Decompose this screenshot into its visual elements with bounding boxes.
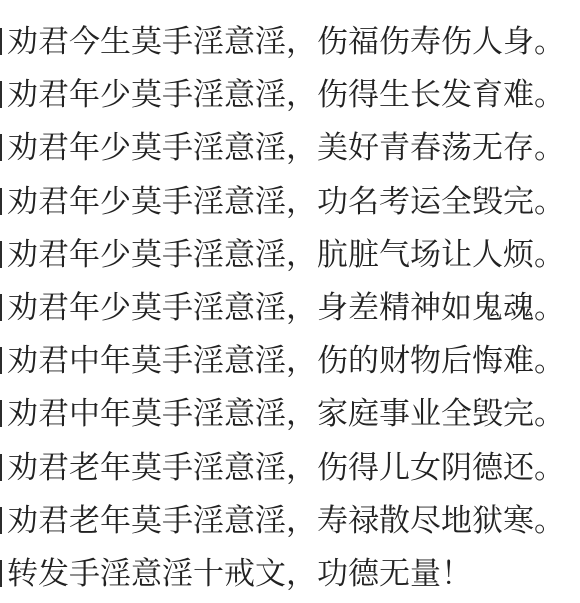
poem-line: 劝君年少莫手淫意淫，身差精神如鬼魂。 — [7, 281, 580, 334]
poem-line: 劝君老年莫手淫意淫，寿禄散尽地狱寒。 — [7, 494, 580, 547]
poem-line: 劝君今生莫手淫意淫，伤福伤寿伤人身。 — [7, 15, 580, 68]
poem-line: 劝君年少莫手淫意淫，美好青春荡无存。 — [7, 121, 580, 174]
poem-line: 劝君中年莫手淫意淫，家庭事业全毁完。 — [7, 387, 580, 440]
poem-line: 劝君年少莫手淫意淫，伤得生长发育难。 — [7, 68, 580, 121]
poem-line: 劝君年少莫手淫意淫，肮脏气场让人烦。 — [7, 228, 580, 281]
poem-text: 劝君今生莫手淫意淫，伤福伤寿伤人身。 劝君年少莫手淫意淫，伤得生长发育难。 劝君… — [0, 0, 580, 600]
poem-line: 转发手淫意淫十戒文，功德无量！ — [7, 547, 580, 600]
poem-line: 劝君年少莫手淫意淫，功名考运全毁完。 — [7, 175, 580, 228]
poem-line: 劝君中年莫手淫意淫，伤的财物后悔难。 — [7, 334, 580, 387]
poem-line: 劝君老年莫手淫意淫，伤得儿女阴德还。 — [7, 441, 580, 494]
